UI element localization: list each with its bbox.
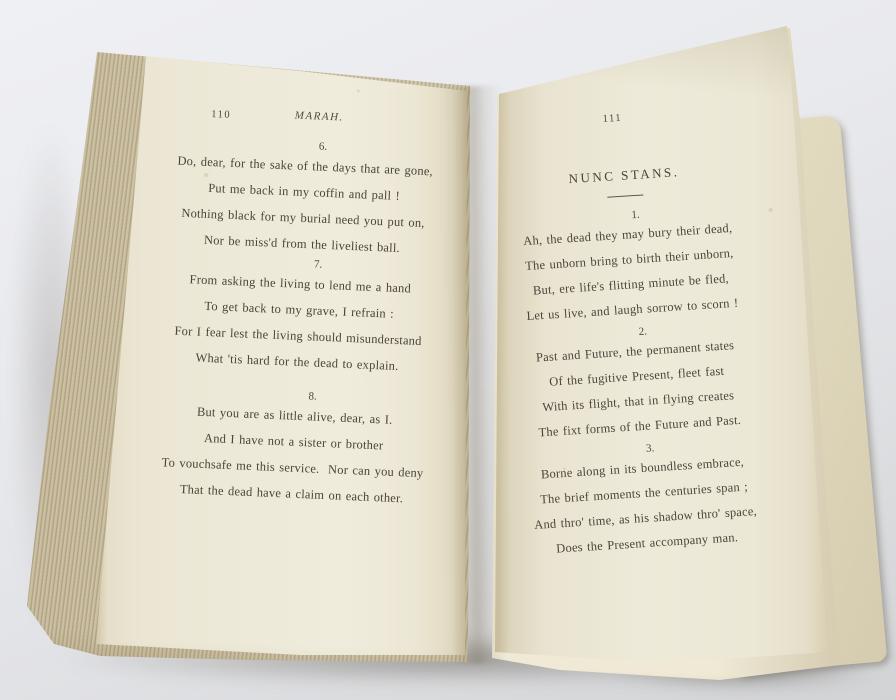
left-page-content: 110 MARAH. 6. Do, dear, for the sake of … [123,96,476,514]
poem-title: NUNC STANS. [493,155,754,196]
stanza-3: 3. Borne along in its boundless embrace,… [511,434,778,564]
title-rule [607,194,643,197]
stanza-8: 8. But you are as little alive, dear, as… [123,382,464,514]
right-page-content: 111 NUNC STANS. 1. Ah, the dead they may… [488,68,778,564]
right-page-number: 111 [490,98,751,139]
stanza-6: 6. Do, dear, for the sake of the days th… [134,132,475,264]
stanza-1: 1. Ah, the dead they may bury their dead… [496,200,763,330]
left-page-number: 110 [211,102,232,129]
stanza-7: 7. From asking the living to lend me a h… [129,250,470,382]
stanza-2: 2. Past and Future, the permanent states… [504,317,771,447]
open-book-photo: 110 MARAH. 6. Do, dear, for the sake of … [0,0,896,700]
